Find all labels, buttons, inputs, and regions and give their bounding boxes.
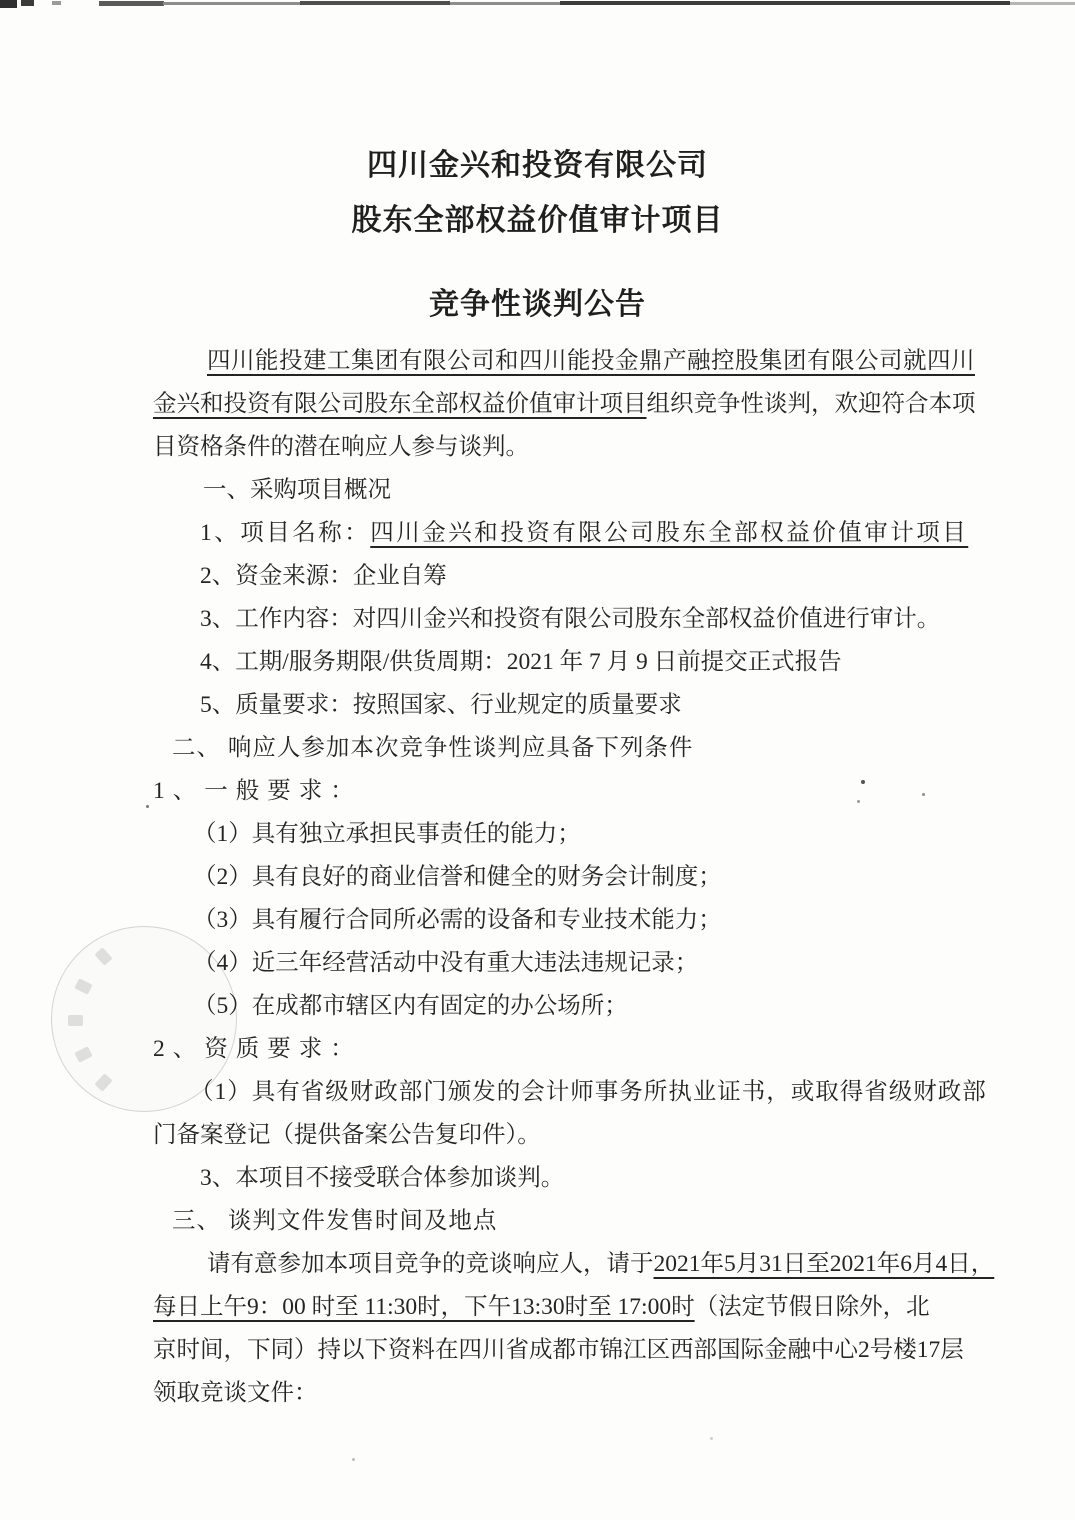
scan-mark — [99, 1, 164, 6]
intro-line-2-plain: 组织竞争性谈判，欢迎符合本项 — [647, 391, 976, 417]
section3-line-3: 京时间，下同）持以下资料在四川省成都市锦江区西部国际金融中心2号楼17层 — [153, 1329, 975, 1372]
scan-speck — [710, 1437, 713, 1440]
section1-item1-label: 1、项目名称： — [200, 520, 370, 546]
section2-general-item-5: （5）在成都市辖区内有固定的办公场所； — [153, 985, 975, 1028]
intro-line-1: 四川能投建工集团有限公司和四川能投金鼎产融控股集团有限公司就四川 — [153, 340, 975, 383]
section2-general-heading: 1、一般要求： — [153, 770, 975, 813]
scan-mark — [560, 1, 1010, 5]
section2-general-item-4: （4）近三年经营活动中没有重大违法违规记录； — [153, 942, 975, 985]
section1-item4: 4、工期/服务期限/供货周期：2021 年 7 月 9 日前提交正式报告 — [153, 641, 975, 684]
stamp-glyph-trace — [94, 1073, 112, 1092]
section3-line-2: 每日上午9：00 时至 11:30时，下午13:30时至 17:00时（法定节假… — [153, 1286, 975, 1329]
scan-speck — [861, 780, 865, 784]
section1-item2: 2、资金来源：企业自筹 — [153, 555, 975, 598]
doc-title-line-2: 股东全部权益价值审计项目 — [0, 195, 1075, 239]
doc-title-line-1: 四川金兴和投资有限公司 — [0, 140, 1075, 184]
section2-general-item-3: （3）具有履行合同所必需的设备和专业技术能力； — [153, 899, 975, 942]
section1-item1-underlined: 四川金兴和投资有限公司股东全部权益价值审计项目 — [370, 520, 968, 546]
doc-subtitle: 竞争性谈判公告 — [0, 279, 1075, 323]
scan-mark — [21, 0, 34, 6]
section2-qualification-heading: 2、资质要求： — [153, 1028, 975, 1071]
section2-general-item-2: （2）具有良好的商业信誉和健全的财务会计制度； — [153, 856, 975, 899]
section3-line-2-plain: （法定节假日除外，北 — [695, 1294, 930, 1320]
section1-item3: 3、工作内容：对四川金兴和投资有限公司股东全部权益价值进行审计。 — [153, 598, 975, 641]
section3-line-1: 请有意参加本项目竞争的竞谈响应人，请于2021年5月31日至2021年6月4日， — [153, 1243, 975, 1286]
stamp-glyph-trace — [94, 947, 112, 966]
section1-item5: 5、质量要求：按照国家、行业规定的质量要求 — [153, 684, 975, 727]
stamp-glyph-trace — [74, 978, 92, 994]
section1-item1: 1、项目名称：四川金兴和投资有限公司股东全部权益价值审计项目 — [153, 512, 975, 555]
scan-mark — [1010, 2, 1075, 5]
scan-speck — [857, 800, 860, 803]
scan-mark — [52, 1, 61, 5]
section1-heading: 一、采购项目概况 — [153, 469, 975, 512]
document-page: 四川金兴和投资有限公司 股东全部权益价值审计项目 竞争性谈判公告 四川能投建工集… — [0, 0, 1075, 1520]
intro-line-2: 金兴和投资有限公司股东全部权益价值审计项目组织竞争性谈判，欢迎符合本项 — [153, 383, 975, 426]
scan-mark — [300, 1, 450, 5]
document-body: 四川能投建工集团有限公司和四川能投金鼎产融控股集团有限公司就四川 金兴和投资有限… — [153, 340, 975, 1415]
stamp-glyph-trace — [74, 1046, 92, 1062]
scan-speck — [922, 793, 925, 796]
section2-heading: 二、 响应人参加本次竞争性谈判应具备下列条件 — [153, 727, 975, 770]
section2-item3: 3、本项目不接受联合体参加谈判。 — [153, 1157, 975, 1200]
intro-line-2-underlined: 金兴和投资有限公司股东全部权益价值审计项目 — [153, 391, 647, 417]
section3-heading: 三、 谈判文件发售时间及地点 — [153, 1200, 975, 1243]
section3-line-1-plain: 请有意参加本项目竞争的竞谈响应人，请于 — [207, 1251, 654, 1277]
scan-mark — [0, 0, 17, 8]
intro-line-1-underlined: 四川能投建工集团有限公司和四川能投金鼎产融控股集团有限公司就四川 — [207, 348, 975, 374]
intro-line-3: 目资格条件的潜在响应人参与谈判。 — [153, 426, 975, 469]
section3-line-2-underlined: 每日上午9：00 时至 11:30时，下午13:30时至 17:00时 — [153, 1294, 695, 1320]
section2-general-item-1: （1）具有独立承担民事责任的能力； — [153, 813, 975, 856]
stamp-glyph-trace — [68, 1015, 83, 1026]
section2-qualification-line-2: 门备案登记（提供备案公告复印件）。 — [153, 1114, 975, 1157]
section3-line-1-underlined: 2021年5月31日至2021年6月4日， — [654, 1251, 995, 1277]
scan-speck — [146, 805, 149, 808]
scan-speck — [352, 1458, 355, 1461]
section3-line-4: 领取竞谈文件： — [153, 1372, 975, 1415]
section2-qualification-line-1: （1）具有省级财政部门颁发的会计师事务所执业证书，或取得省级财政部 — [153, 1071, 975, 1114]
